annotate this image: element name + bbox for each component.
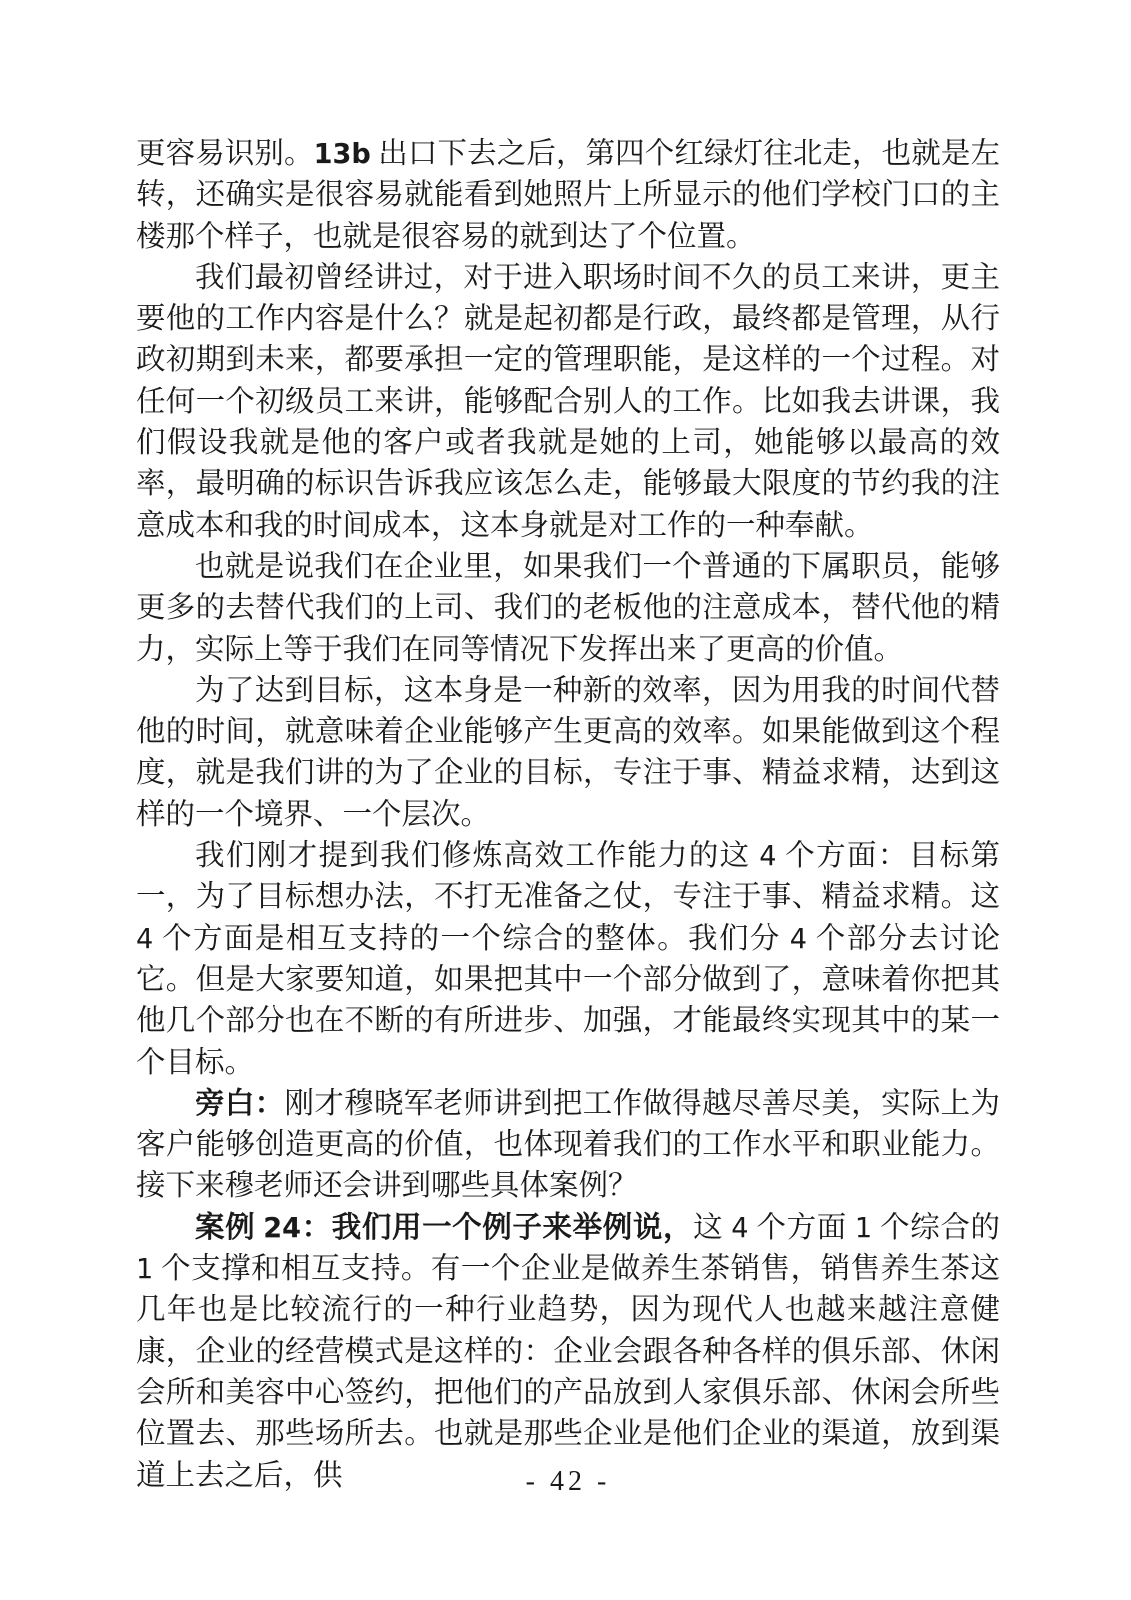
text-run: 更容易识别。	[136, 138, 314, 170]
text-run: 为了达到目标，这本身是一种新的效率，因为用我的时间代替他的时间，就意味着企业能够…	[136, 675, 1000, 831]
case-title: ：我们用一个例子来举例说，	[301, 1212, 693, 1244]
text-run: 我们最初曾经讲过，对于进入职场时间不久的员工来讲，更主要他的工作内容是什么？就是…	[136, 262, 1000, 542]
paragraph-4: 为了达到目标，这本身是一种新的效率，因为用我的时间代替他的时间，就意味着企业能够…	[136, 671, 1000, 836]
text-run-latin: 4	[731, 1213, 748, 1244]
text-run: 也就是说我们在企业里，如果我们一个普通的下属职员，能够更多的去替代我们的上司、我…	[136, 551, 1000, 666]
paragraph-6: 旁白：刚才穆晓军老师讲到把工作做得越尽善尽美，实际上为客户能够创造更高的价值，也…	[136, 1084, 1000, 1208]
paragraph-2: 我们最初曾经讲过，对于进入职场时间不久的员工来讲，更主要他的工作内容是什么？就是…	[136, 258, 1000, 547]
text-run-latin: 13b	[314, 139, 371, 170]
text-run: 个方面是相互支持的一个综合的整体。我们分	[153, 923, 789, 955]
case-number: 24	[263, 1213, 301, 1244]
document-content: 更容易识别。13b 出口下去之后，第四个红绿灯往北走，也就是左转，还确实是很容易…	[136, 134, 1000, 1497]
text-run: 个综合的	[872, 1212, 1000, 1244]
text-run: 我们刚才提到我们修炼高效工作能力的这	[195, 840, 759, 872]
text-run-latin: 4	[790, 924, 807, 955]
narrator-label: 旁白：	[195, 1088, 284, 1120]
paragraph-7: 案例 24：我们用一个例子来举例说，这 4 个方面 1 个综合的 1 个支撑和相…	[136, 1208, 1000, 1497]
paragraph-3: 也就是说我们在企业里，如果我们一个普通的下属职员，能够更多的去替代我们的上司、我…	[136, 547, 1000, 671]
document-page: 更容易识别。13b 出口下去之后，第四个红绿灯往北走，也就是左转，还确实是很容易…	[0, 0, 1131, 1600]
case-label: 案例	[195, 1212, 263, 1244]
paragraph-5: 我们刚才提到我们修炼高效工作能力的这 4 个方面：目标第一，为了目标想办法，不打…	[136, 836, 1000, 1084]
text-run: 个方面	[749, 1212, 855, 1244]
page-number: - 42 -	[136, 1466, 1000, 1498]
text-run-latin: 1	[136, 1254, 153, 1285]
text-run-latin: 4	[136, 924, 153, 955]
paragraph-1: 更容易识别。13b 出口下去之后，第四个红绿灯往北走，也就是左转，还确实是很容易…	[136, 134, 1000, 258]
text-run: 这	[693, 1212, 731, 1244]
text-run: 个支撑和相互支持。有一个企业是做养生茶销售，销售养生茶这几年也是比较流行的一种行…	[136, 1253, 1000, 1491]
text-run-latin: 1	[855, 1213, 872, 1244]
text-run-latin: 4	[759, 841, 776, 872]
